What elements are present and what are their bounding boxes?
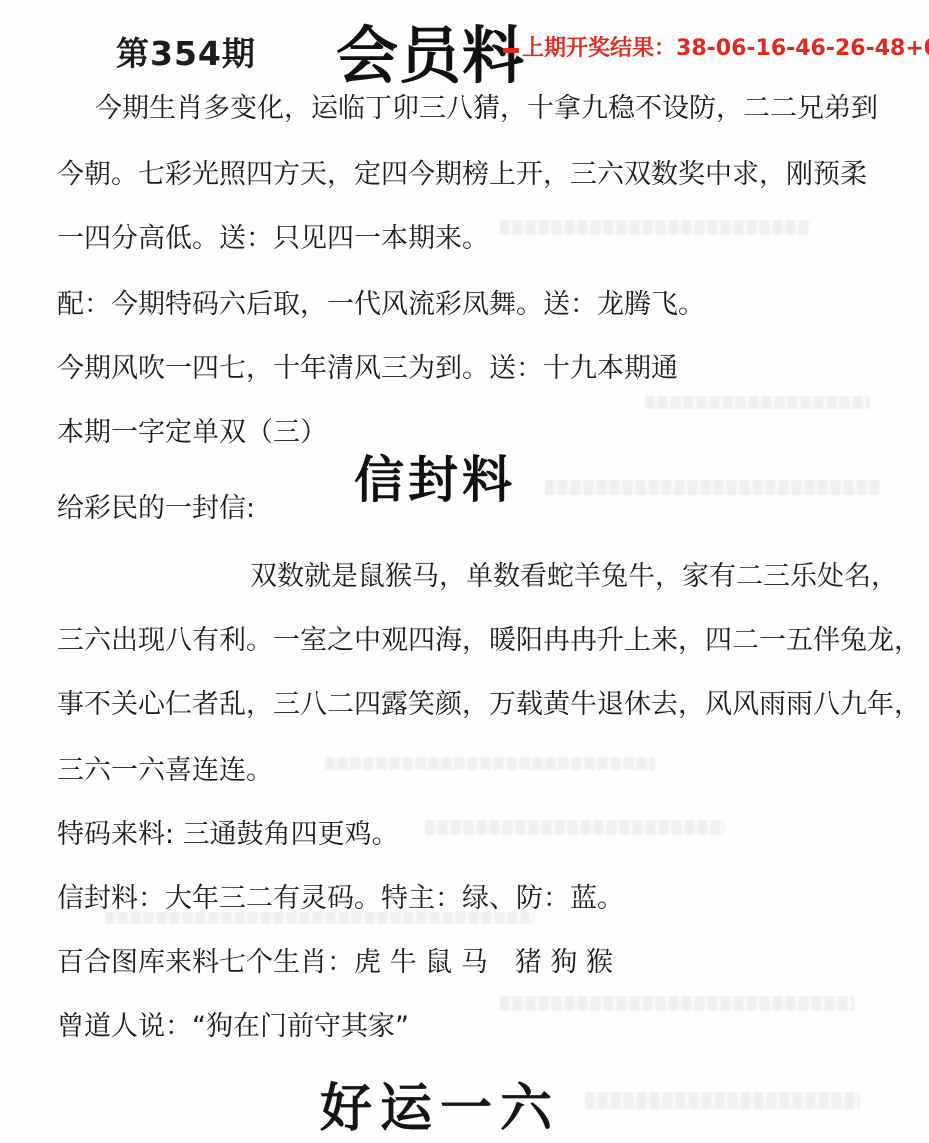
letter-intro: 给彩民的一封信: bbox=[57, 486, 255, 525]
watermark bbox=[645, 396, 870, 409]
last-draw-result: 上期开奖结果：38-06-16-46-26-48+01 bbox=[522, 31, 929, 62]
tip-line: 百合图库来料七个生肖：虎 牛 鼠 马 猪 狗 猴 bbox=[57, 940, 613, 979]
member-line: 今期风吹一四七，十年清风三为到。送：十九本期通 bbox=[57, 346, 678, 385]
watermark bbox=[500, 996, 855, 1011]
tip-line: 信封料：大年三二有灵码。特主：绿、防：蓝。 bbox=[57, 876, 624, 915]
watermark bbox=[500, 220, 810, 235]
member-line: 配：今期特码六后取，一代风流彩凤舞。送：龙腾飞。 bbox=[57, 282, 705, 321]
last-draw-label: 上期开奖结果： bbox=[522, 36, 676, 61]
watermark bbox=[545, 480, 880, 495]
envelope-heading: 信封料 bbox=[354, 440, 516, 512]
red-dash-decoration bbox=[503, 48, 519, 53]
watermark bbox=[425, 820, 725, 835]
letter-line: 三六出现八有利。一室之中观四海，暖阳冉冉升上来，四二一五伴兔龙， bbox=[57, 618, 921, 657]
last-draw-numbers: 38-06-16-46-26-48+01 bbox=[676, 36, 929, 61]
letter-line: 事不关心仁者乱，三八二四露笑颜，万载黄牛退休去，风风雨雨八九年， bbox=[57, 682, 921, 721]
member-line: 今期生肖多变化，运临丁卯三八猜，十拿九稳不设防，二二兄弟到 bbox=[95, 86, 878, 125]
watermark bbox=[105, 912, 535, 924]
letter-line: 双数就是鼠猴马，单数看蛇羊兔牛，家有二三乐处名， bbox=[250, 554, 898, 593]
page-title: 会员料 bbox=[336, 6, 525, 95]
footer-slogan: 好运一六 bbox=[320, 1066, 560, 1141]
member-line: 本期一字定单双（三） bbox=[57, 410, 327, 449]
letter-line: 三六一六喜连连。 bbox=[57, 748, 273, 787]
tip-line: 特码来料: 三通鼓角四更鸡。 bbox=[57, 812, 399, 851]
tip-line: 曾道人说：“狗在门前守其家” bbox=[57, 1004, 409, 1043]
watermark bbox=[325, 757, 655, 770]
issue-number: 第354期 bbox=[116, 28, 256, 75]
member-line: 一四分高低。送：只见四一本期来。 bbox=[57, 216, 489, 255]
watermark bbox=[585, 1092, 860, 1109]
member-line: 今朝。七彩光照四方天，定四今期榜上开，三六双数奖中求，刚预柔 bbox=[57, 152, 867, 191]
lottery-tip-sheet: 第354期 会员料 上期开奖结果：38-06-16-46-26-48+01 今期… bbox=[0, 0, 929, 1143]
